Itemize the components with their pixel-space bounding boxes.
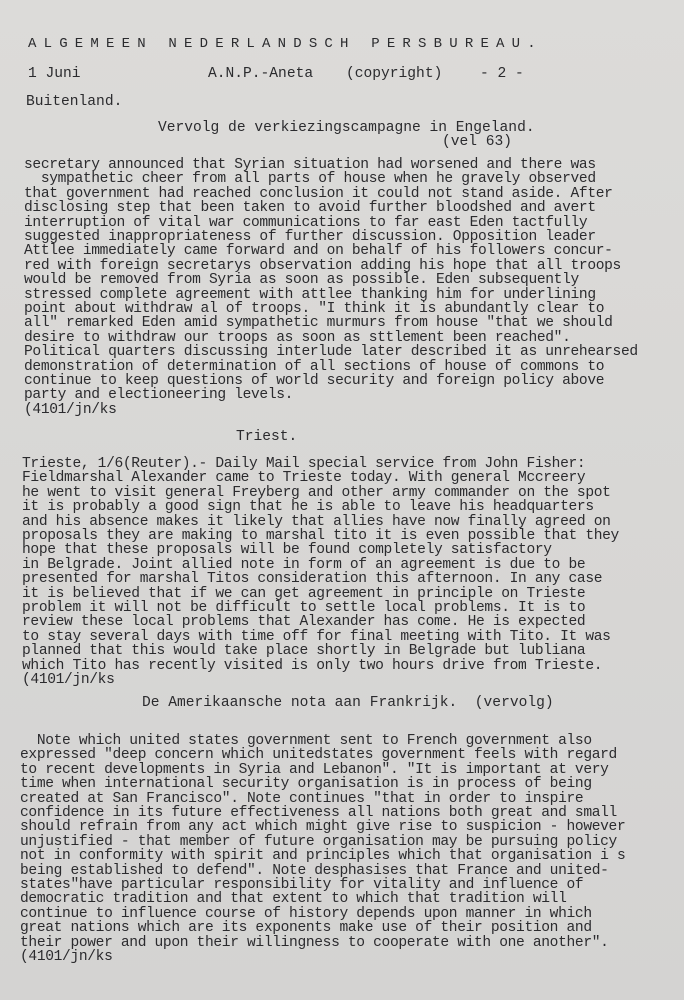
article-title: De Amerikaansche nota aan Frankrijk. (ve… bbox=[142, 695, 554, 711]
copyright-note: (copyright) bbox=[346, 66, 442, 82]
date: 1 Juni bbox=[28, 66, 81, 82]
article-subtitle: (vel 63) bbox=[442, 134, 512, 150]
typed-document-page: ALGEMEEN NEDERLANDSCH PERSBUREAU. 1 Juni… bbox=[0, 0, 684, 1000]
masthead: ALGEMEEN NEDERLANDSCH PERSBUREAU. bbox=[28, 36, 543, 52]
agency: A.N.P.-Aneta bbox=[208, 66, 313, 82]
text-line: (4101/jn/ks bbox=[22, 672, 115, 688]
text-line: (4101/jn/ks bbox=[20, 949, 113, 965]
page-number: - 2 - bbox=[480, 66, 524, 82]
article-title: Triest. bbox=[236, 429, 297, 445]
text-line: (4101/jn/ks bbox=[24, 402, 117, 418]
section-heading: Buitenland. bbox=[26, 94, 122, 110]
